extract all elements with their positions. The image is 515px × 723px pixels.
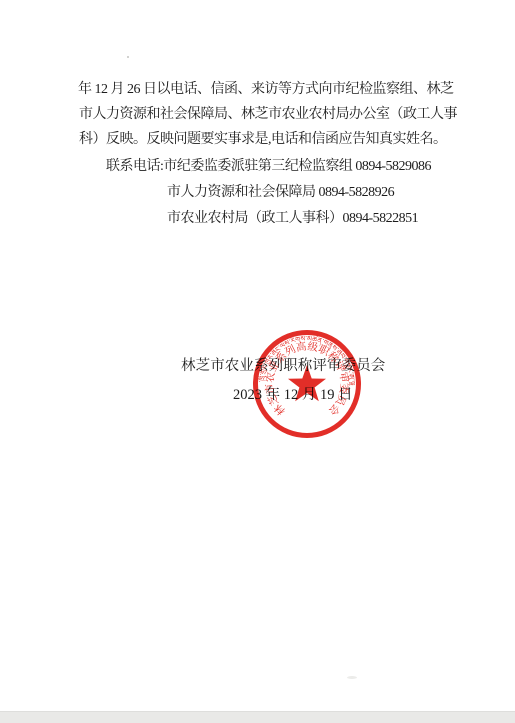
scan-bottom-edge	[0, 711, 515, 723]
signature-date: 2023 年 12 月 19 日	[233, 388, 353, 403]
paragraph-line-2: 市人力资源和社会保障局、林芝市农业农村局办公室（政工人事	[79, 108, 457, 122]
scan-speck	[347, 676, 357, 679]
committee-signature: 林芝市农业系列职称评审委员会	[181, 359, 385, 374]
scanned-document-page: 年 12 月 26 日以电话、信函、来访等方式向市纪检监察组、林芝 市人力资源和…	[0, 0, 515, 723]
contact-line-agriculture-bureau: 市农业农村局（政工人事科）0894-5822851	[167, 212, 418, 226]
seal-outer-ring	[256, 333, 359, 436]
official-seal-graphic: ཉིང་ཁྲི་གྲོང་ཁྱེར་ཞིང་ལས་རིགས་མཚན་གནས་ཞི…	[237, 314, 377, 454]
official-seal: ཉིང་ཁྲི་གྲོང་ཁྱེར་ཞིང་ལས་རིགས་མཚན་གནས་ཞི…	[237, 314, 377, 454]
paragraph-line-3: 科）反映。反映问题要实事求是,电话和信函应告知真实姓名。	[79, 133, 447, 147]
seal-tibetan-arc-text: ཉིང་ཁྲི་གྲོང་ཁྱེར་ཞིང་ལས་རིགས་མཚན་གནས་ཞི…	[237, 314, 356, 386]
contact-line-discipline-inspection: 联系电话:市纪委监委派驻第三纪检监察组 0894-5829086	[106, 160, 431, 174]
contact-line-human-resources: 市人力资源和社会保障局 0894-5828926	[167, 186, 394, 200]
scan-speck	[127, 56, 129, 58]
paragraph-line-1: 年 12 月 26 日以电话、信函、来访等方式向市纪检监察组、林芝	[78, 83, 454, 97]
seal-ring-text: 林芝市农业系列高级职称评审委员会	[263, 340, 352, 419]
